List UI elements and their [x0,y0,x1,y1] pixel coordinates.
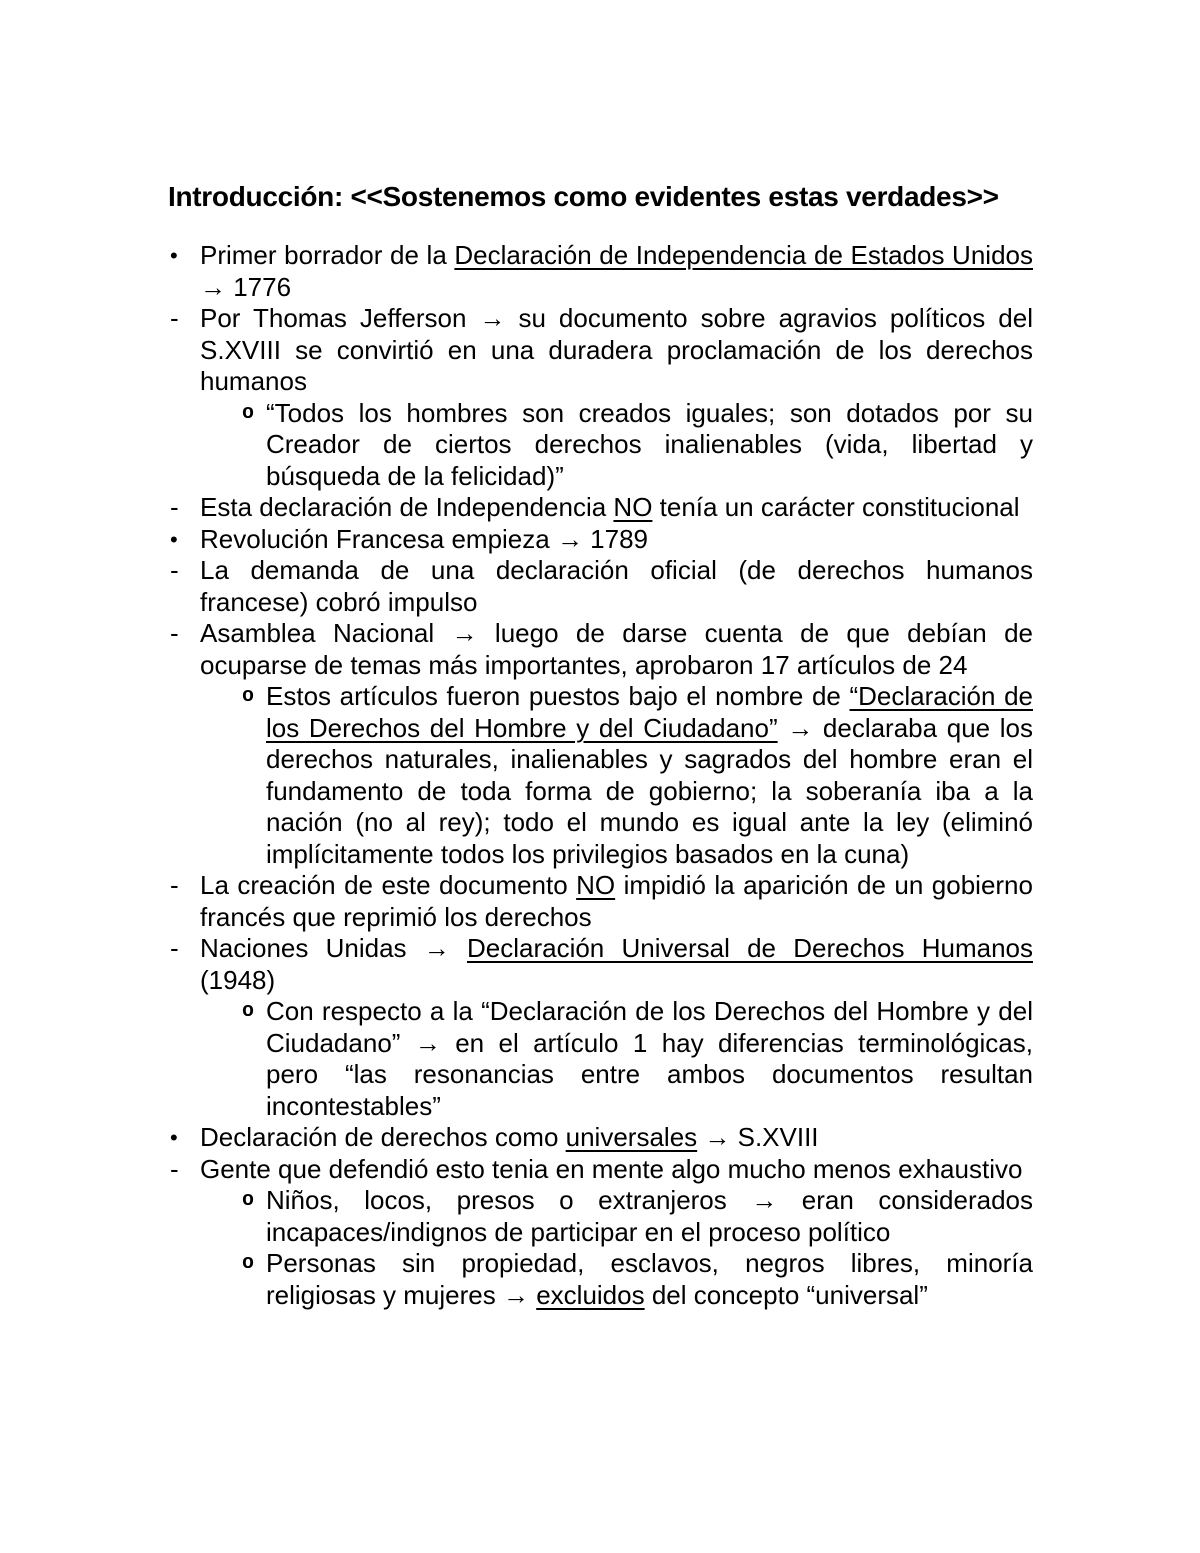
list-item: oPersonas sin propiedad, esclavos, negro… [168,1248,1033,1311]
list-item: -Gente que defendió esto tenia en mente … [168,1154,1033,1186]
bullet-icon: • [170,524,178,556]
bullet-icon: • [170,1122,178,1154]
text-run: tenía un carácter constitucional [652,492,1019,522]
list-item: -La creación de este documento NO impidi… [168,870,1033,933]
list-item: -Asamblea Nacional → luego de darse cuen… [168,618,1033,681]
dash-icon: - [170,492,179,524]
text-run: Por Thomas Jefferson → su documento sobr… [200,303,1033,396]
text-run: Naciones Unidas → [200,933,467,963]
text-run-underlined: NO [576,870,615,900]
text-run-underlined: Declaración de Independencia de Estados … [454,240,1033,270]
text-run: Esta declaración de Independencia [200,492,613,522]
bullet-icon: • [170,240,178,272]
list-item: -Por Thomas Jefferson → su documento sob… [168,303,1033,398]
text-run: “Todos los hombres son creados iguales; … [266,398,1033,491]
circle-bullet-icon: o [242,1248,254,1280]
list-item: oEstos artículos fueron puestos bajo el … [168,681,1033,870]
circle-bullet-icon: o [242,1185,254,1217]
dash-icon: - [170,555,179,587]
list-item: -Naciones Unidas → Declaración Universal… [168,933,1033,996]
text-run: Con respecto a la “Declaración de los De… [266,996,1033,1121]
text-run: (1948) [200,965,275,995]
text-run: Gente que defendió esto tenia en mente a… [200,1154,1022,1184]
circle-bullet-icon: o [242,996,254,1028]
dash-icon: - [170,618,179,650]
document-page: Introducción: <<Sostenemos como evidente… [0,0,1200,1553]
circle-bullet-icon: o [242,398,254,430]
text-run-underlined: universales [566,1122,698,1152]
list-item: •Primer borrador de la Declaración de In… [168,240,1033,303]
text-run: → 1776 [200,272,291,302]
dash-icon: - [170,933,179,965]
text-run-underlined: NO [613,492,652,522]
text-run: Revolución Francesa empieza → 1789 [200,524,648,554]
text-run: Estos artículos fueron puestos bajo el n… [266,681,850,711]
text-run: Niños, locos, presos o extranjeros → era… [266,1185,1033,1247]
list-item: -La demanda de una declaración oficial (… [168,555,1033,618]
list-item: o“Todos los hombres son creados iguales;… [168,398,1033,493]
text-run: Declaración de derechos como [200,1122,566,1152]
list-item: oCon respecto a la “Declaración de los D… [168,996,1033,1122]
list-item: •Declaración de derechos como universale… [168,1122,1033,1154]
text-run-underlined: excluidos [536,1280,644,1310]
notes-list: •Primer borrador de la Declaración de In… [168,240,1033,1311]
circle-bullet-icon: o [242,681,254,713]
dash-icon: - [170,1154,179,1186]
text-run: Primer borrador de la [200,240,454,270]
list-item: •Revolución Francesa empieza → 1789 [168,524,1033,556]
dash-icon: - [170,303,179,335]
text-run: La creación de este documento [200,870,576,900]
list-item: oNiños, locos, presos o extranjeros → er… [168,1185,1033,1248]
dash-icon: - [170,870,179,902]
text-run: del concepto “universal” [645,1280,928,1310]
text-run: Asamblea Nacional → luego de darse cuent… [200,618,1033,680]
list-item: -Esta declaración de Independencia NO te… [168,492,1033,524]
text-run-underlined: Declaración Universal de Derechos Humano… [467,933,1033,963]
text-run: La demanda de una declaración oficial (d… [200,555,1033,617]
page-title: Introducción: <<Sostenemos como evidente… [168,180,1033,214]
text-run: → S.XVIII [697,1122,818,1152]
